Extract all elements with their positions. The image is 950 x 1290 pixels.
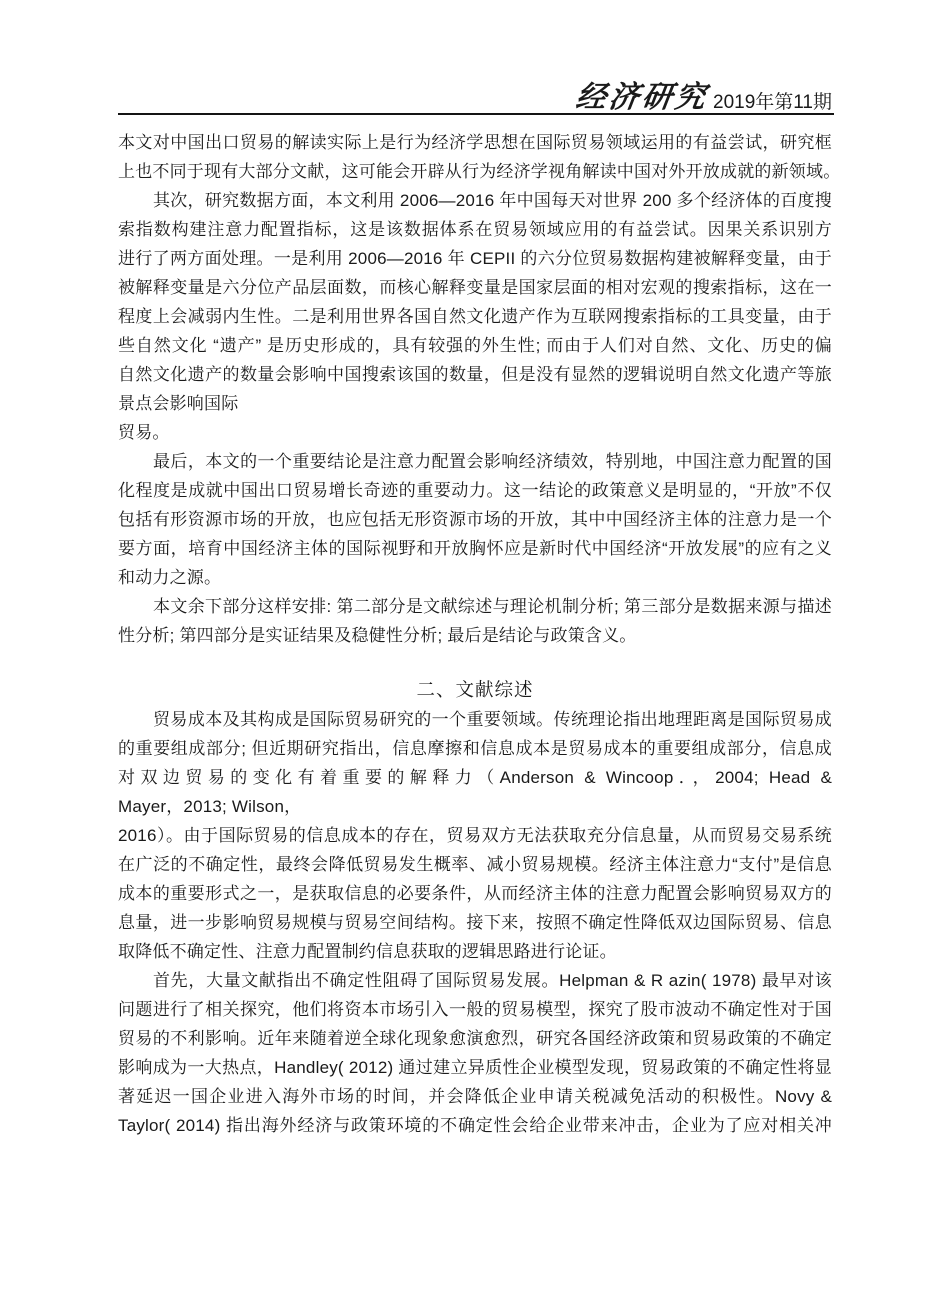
text-line: 对双边贸易的变化有着重要的解释力（Anderson & Wincoop．，200… — [118, 763, 832, 792]
page-header: 经济研究 2019年第11期 — [118, 78, 832, 114]
journal-logo: 经济研究 — [574, 83, 710, 114]
text-line: 自然文化遗产的数量会影响中国搜索该国的数量，但是没有显然的逻辑说明自然文化遗产等… — [118, 360, 832, 389]
text-line: 其次，研究数据方面，本文利用 2006—2016 年中国每天对世界 200 多个… — [118, 186, 832, 215]
text-line: 息量，进一步影响贸易规模与贸易空间结构。接下来，按照不确定性降低双边国际贸易、信… — [118, 908, 832, 937]
text-line: Taylor( 2014) 指出海外经济与政策环境的不确定性会给企业带来冲击，企… — [118, 1111, 832, 1140]
text-line: 取降低不确定性、注意力配置制约信息获取的逻辑思路进行论证。 — [118, 937, 832, 966]
text-line: 首先，大量文献指出不确定性阻碍了国际贸易发展。Helpman & R azin(… — [118, 966, 832, 995]
text-line: 和动力之源。 — [118, 563, 832, 592]
text-line: 的重要组成部分; 但近期研究指出，信息摩擦和信息成本是贸易成本的重要组成部分，信… — [118, 734, 832, 763]
text-line: 贸易的不利影响。近年来随着逆全球化现象愈演愈烈，研究各国经济政策和贸易政策的不确… — [118, 1024, 832, 1053]
article-body: 本文对中国出口贸易的解读实际上是行为经济学思想在国际贸易领域运用的有益尝试，研究… — [118, 115, 832, 1140]
section-heading: 二、文献综述 — [118, 675, 832, 704]
text-line: 景点会影响国际 — [118, 389, 832, 418]
text-line: 被解释变量是六分位产品层面数，而核心解释变量是国家层面的相对宏观的搜索指标，这在… — [118, 273, 832, 302]
text-line: 要方面，培育中国经济主体的国际视野和开放胸怀应是新时代中国经济“开放发展”的应有… — [118, 534, 832, 563]
text-line: 最后，本文的一个重要结论是注意力配置会影响经济绩效，特别地，中国注意力配置的国际 — [118, 447, 832, 476]
text-line: 在广泛的不确定性，最终会降低贸易发生概率、减小贸易规模。经济主体注意力“支付”是… — [118, 850, 832, 879]
text-line: 程度上会减弱内生性。二是利用世界各国自然文化遗产作为互联网搜索指标的工具变量，由… — [118, 302, 832, 331]
issue-label: 2019年第11期 — [713, 93, 832, 114]
text-line: 些自然文化 “遗产” 是历史形成的，具有较强的外生性; 而由于人们对自然、文化、… — [118, 331, 832, 360]
text-line: 性分析; 第四部分是实证结果及稳健性分析; 最后是结论与政策含义。 — [118, 621, 832, 650]
text-line: 成本的重要形式之一，是获取信息的必要条件，从而经济主体的注意力配置会影响贸易双方… — [118, 879, 832, 908]
text-line: 影响成为一大热点，Handley( 2012) 通过建立异质性企业模型发现，贸易… — [118, 1053, 832, 1082]
text-line: 贸易成本及其构成是国际贸易研究的一个重要领域。传统理论指出地理距离是国际贸易成本 — [118, 705, 832, 734]
text-line: Mayer，2013; Wilson， — [118, 792, 832, 821]
text-line: 化程度是成就中国出口贸易增长奇迹的重要动力。这一结论的政策意义是明显的，“开放”… — [118, 476, 832, 505]
text-line: 著延迟一国企业进入海外市场的时间，并会降低企业申请关税减免活动的积极性。Novy… — [118, 1082, 832, 1111]
journal-page: 经济研究 2019年第11期 本文对中国出口贸易的解读实际上是行为经济学思想在国… — [0, 0, 950, 1290]
text-line: 2016）。由于国际贸易的信息成本的存在，贸易双方无法获取充分信息量，从而贸易交… — [118, 821, 832, 850]
text-line: 进行了两方面处理。一是利用 2006—2016 年 CEPII 的六分位贸易数据… — [118, 244, 832, 273]
text-line: 索指数构建注意力配置指标，这是该数据体系在贸易领域应用的有益尝试。因果关系识别方… — [118, 215, 832, 244]
text-line: 包括有形资源市场的开放，也应包括无形资源市场的开放，其中中国经济主体的注意力是一… — [118, 505, 832, 534]
text-line: 上也不同于现有大部分文献，这可能会开辟从行为经济学视角解读中国对外开放成就的新领… — [118, 157, 832, 186]
text-line: 问题进行了相关探究，他们将资本市场引入一般的贸易模型，探究了股市波动不确定性对于… — [118, 995, 832, 1024]
text-line: 本文余下部分这样安排: 第二部分是文献综述与理论机制分析; 第三部分是数据来源与… — [118, 592, 832, 621]
text-line: 贸易。 — [118, 418, 832, 447]
text-line: 本文对中国出口贸易的解读实际上是行为经济学思想在国际贸易领域运用的有益尝试，研究… — [118, 128, 832, 157]
